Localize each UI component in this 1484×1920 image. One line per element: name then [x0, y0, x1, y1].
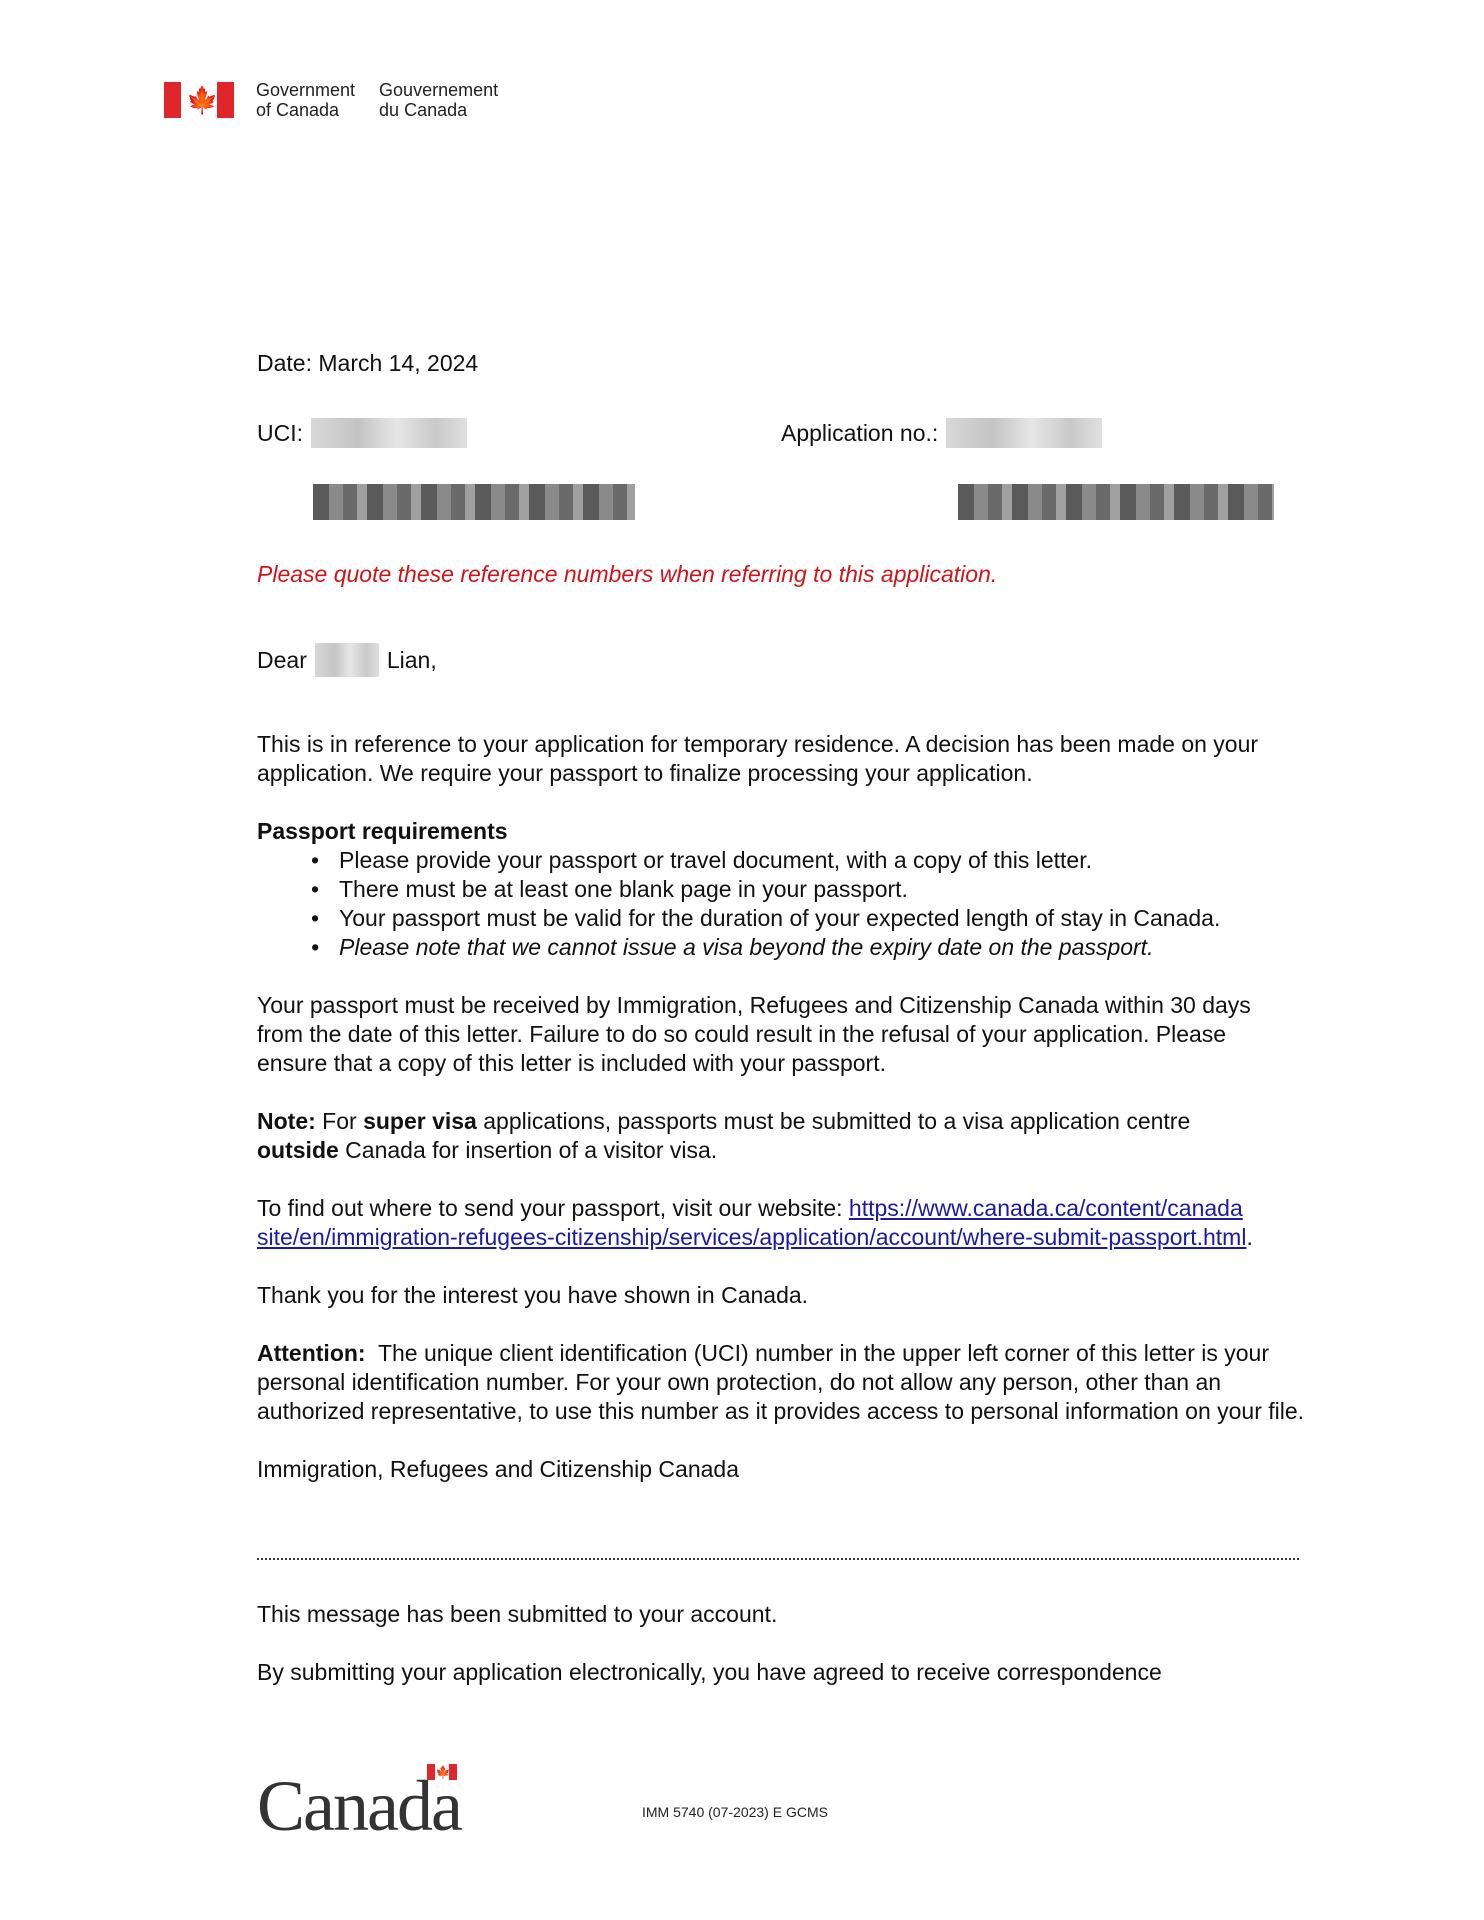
uci-line: UCI:: [257, 418, 467, 448]
list-item: There must be at least one blank page in…: [339, 875, 1307, 904]
government-signature: 🍁 Government of Canada Gouvernement du C…: [164, 80, 522, 120]
application-barcode-redacted: [958, 484, 1274, 520]
submitted-note: This message has been submitted to your …: [257, 1600, 777, 1629]
deadline-paragraph: Your passport must be received by Immigr…: [257, 991, 1287, 1078]
reference-note: Please quote these reference numbers whe…: [257, 560, 997, 589]
thanks-paragraph: Thank you for the interest you have show…: [257, 1281, 1307, 1310]
uci-redacted: [311, 418, 467, 448]
signature: Immigration, Refugees and Citizenship Ca…: [257, 1455, 1307, 1484]
application-line: Application no.:: [781, 418, 1102, 448]
application-redacted: [946, 418, 1102, 448]
application-label: Application no.:: [781, 419, 938, 448]
list-item: Please note that we cannot issue a visa …: [339, 933, 1307, 962]
date-value: March 14, 2024: [318, 350, 478, 376]
uci-barcode-redacted: [313, 484, 635, 520]
gov-name-en: Government of Canada: [256, 80, 355, 120]
attention-paragraph: Attention: The unique client identificat…: [257, 1339, 1307, 1426]
dotted-divider: [257, 1558, 1299, 1560]
salutation: Dear Lian,: [257, 643, 437, 677]
note-paragraph: Note: For super visa applications, passp…: [257, 1107, 1307, 1165]
intro-paragraph: This is in reference to your application…: [257, 730, 1307, 788]
canada-wordmark: Canada 🍁: [257, 1770, 461, 1842]
canada-flag-icon: 🍁: [164, 82, 234, 118]
electronic-note: By submitting your application electroni…: [257, 1658, 1162, 1687]
uci-label: UCI:: [257, 419, 303, 448]
date-label: Date:: [257, 350, 312, 376]
first-name-redacted: [315, 643, 379, 677]
gov-name-fr: Gouvernement du Canada: [379, 80, 498, 120]
requirements-heading: Passport requirements: [257, 817, 1307, 846]
letter-body: This is in reference to your application…: [257, 730, 1307, 1484]
requirements-list: Please provide your passport or travel d…: [257, 846, 1307, 962]
list-item: Your passport must be valid for the dura…: [339, 904, 1307, 933]
wordmark-flag-icon: 🍁: [427, 1764, 457, 1780]
list-item: Please provide your passport or travel d…: [339, 846, 1307, 875]
form-number: IMM 5740 (07-2023) E GCMS: [642, 1804, 828, 1820]
date-line: Date: March 14, 2024: [257, 349, 478, 378]
website-paragraph: To find out where to send your passport,…: [257, 1194, 1307, 1252]
